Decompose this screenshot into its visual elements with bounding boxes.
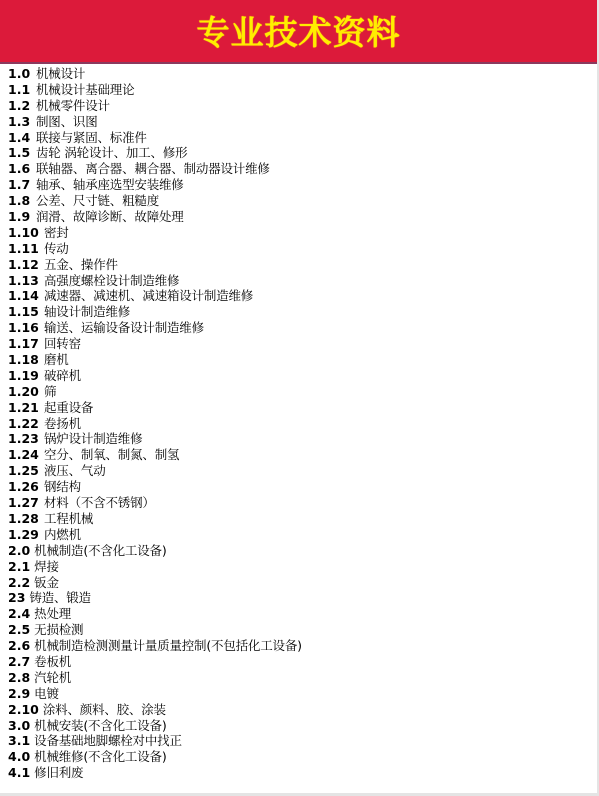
list-item: 1.24空分、制氧、制氮、制氢 [8, 447, 302, 463]
item-number: 1.21 [8, 400, 44, 416]
list-item: 2.9电镀 [8, 686, 302, 702]
item-number: 2.8 [8, 670, 30, 686]
list-item: 2.6机械制造检测测量计量质量控制(不包括化工设备) [8, 638, 302, 654]
list-item: 1.25液压、气动 [8, 463, 302, 479]
item-number: 2.9 [8, 686, 30, 702]
item-label: 制图、识图 [36, 114, 98, 130]
list-item: 1.11传动 [8, 241, 302, 257]
list-item: 3.0机械安装(不含化工设备) [8, 718, 302, 734]
item-label: 电镀 [34, 686, 59, 702]
item-label: 密封 [44, 225, 69, 241]
item-number: 3.1 [8, 733, 30, 749]
item-label: 机械零件设计 [36, 98, 110, 114]
item-label: 轴设计制造维修 [44, 304, 130, 320]
list-item: 1.22卷扬机 [8, 416, 302, 432]
list-item: 1.9润滑、故障诊断、故障处理 [8, 209, 302, 225]
item-label: 钣金 [34, 575, 59, 591]
item-number: 1.9 [8, 209, 36, 225]
list-item: 1.17回转窑 [8, 336, 302, 352]
item-label: 液压、气动 [44, 463, 106, 479]
list-item: 1.4联接与紧固、标准件 [8, 130, 302, 146]
item-number: 1.25 [8, 463, 44, 479]
list-item: 2.1焊接 [8, 559, 302, 575]
item-number: 2.7 [8, 654, 30, 670]
item-number: 1.17 [8, 336, 44, 352]
item-label: 机械维修(不含化工设备) [34, 749, 166, 765]
list-item: 2.5无损检测 [8, 622, 302, 638]
list-item: 1.18磨机 [8, 352, 302, 368]
list-item: 23铸造、锻造 [8, 590, 302, 606]
item-number: 4.1 [8, 765, 30, 781]
banner-title: 专业技术资料 [197, 7, 401, 54]
item-number: 2.2 [8, 575, 30, 591]
item-number: 1.15 [8, 304, 44, 320]
list-item: 2.0机械制造(不含化工设备) [8, 543, 302, 559]
item-label: 设备基础地脚螺栓对中找正 [34, 733, 182, 749]
item-number: 2.10 [8, 702, 39, 718]
item-number: 1.5 [8, 145, 36, 161]
item-number: 1.26 [8, 479, 44, 495]
document-page: 专业技术资料 1.0机械设计 1.1机械设计基础理论 1.2机械零件设计 1.3… [0, 0, 599, 796]
list-item: 1.13高强度螺栓设计制造维修 [8, 273, 302, 289]
item-label: 齿轮 涡轮设计、加工、修形 [36, 145, 187, 161]
item-label: 空分、制氧、制氮、制氢 [44, 447, 179, 463]
list-item: 1.5齿轮 涡轮设计、加工、修形 [8, 145, 302, 161]
item-label: 机械设计基础理论 [36, 82, 134, 98]
list-item: 2.10涂料、颜料、胶、涂装 [8, 702, 302, 718]
item-label: 卷板机 [34, 654, 71, 670]
item-label: 材料（不含不锈钢） [44, 495, 155, 511]
item-number: 1.13 [8, 273, 44, 289]
item-number: 1.14 [8, 288, 44, 304]
item-label: 起重设备 [44, 400, 93, 416]
item-label: 机械设计 [36, 66, 85, 82]
item-label: 五金、操作件 [44, 257, 118, 273]
item-number: 1.20 [8, 384, 44, 400]
item-number: 1.23 [8, 431, 44, 447]
item-label: 传动 [44, 241, 69, 257]
item-number: 2.1 [8, 559, 30, 575]
item-number: 1.7 [8, 177, 36, 193]
item-number: 2.6 [8, 638, 30, 654]
list-item: 3.1设备基础地脚螺栓对中找正 [8, 733, 302, 749]
item-label: 润滑、故障诊断、故障处理 [36, 209, 184, 225]
list-item: 1.10密封 [8, 225, 302, 241]
item-label: 联轴器、离合器、耦合器、制动器设计维修 [36, 161, 270, 177]
item-number: 1.3 [8, 114, 36, 130]
item-number: 4.0 [8, 749, 30, 765]
item-label: 汽轮机 [34, 670, 71, 686]
item-label: 修旧利废 [34, 765, 83, 781]
item-label: 公差、尺寸链、粗糙度 [36, 193, 159, 209]
list-item: 1.27材料（不含不锈钢） [8, 495, 302, 511]
item-label: 机械制造(不含化工设备) [34, 543, 166, 559]
item-label: 铸造、锻造 [29, 590, 91, 606]
item-label: 机械制造检测测量计量质量控制(不包括化工设备) [34, 638, 302, 654]
item-number: 23 [8, 590, 25, 606]
item-label: 减速器、减速机、减速箱设计制造维修 [44, 288, 253, 304]
item-number: 1.19 [8, 368, 44, 384]
list-item: 2.7卷板机 [8, 654, 302, 670]
item-number: 1.1 [8, 82, 36, 98]
list-item: 4.0机械维修(不含化工设备) [8, 749, 302, 765]
item-label: 涂料、颜料、胶、涂装 [43, 702, 166, 718]
list-item: 1.7轴承、轴承座选型安装维修 [8, 177, 302, 193]
list-item: 1.19破碎机 [8, 368, 302, 384]
list-item: 1.16输送、运输设备设计制造维修 [8, 320, 302, 336]
item-number: 2.5 [8, 622, 30, 638]
title-banner: 专业技术资料 [0, 0, 597, 64]
item-label: 输送、运输设备设计制造维修 [44, 320, 204, 336]
list-item: 1.0机械设计 [8, 66, 302, 82]
item-label: 锅炉设计制造维修 [44, 431, 142, 447]
table-of-contents: 1.0机械设计 1.1机械设计基础理论 1.2机械零件设计 1.3制图、识图 1… [8, 66, 302, 781]
item-label: 轴承、轴承座选型安装维修 [36, 177, 184, 193]
list-item: 1.29内燃机 [8, 527, 302, 543]
item-number: 1.8 [8, 193, 36, 209]
item-label: 卷扬机 [44, 416, 81, 432]
list-item: 1.20筛 [8, 384, 302, 400]
item-label: 无损检测 [34, 622, 83, 638]
item-label: 联接与紧固、标准件 [36, 130, 147, 146]
item-number: 1.22 [8, 416, 44, 432]
item-label: 破碎机 [44, 368, 81, 384]
list-item: 1.14减速器、减速机、减速箱设计制造维修 [8, 288, 302, 304]
item-number: 1.28 [8, 511, 44, 527]
item-number: 1.24 [8, 447, 44, 463]
item-number: 1.0 [8, 66, 36, 82]
item-number: 2.0 [8, 543, 30, 559]
item-label: 高强度螺栓设计制造维修 [44, 273, 179, 289]
list-item: 2.2钣金 [8, 575, 302, 591]
list-item: 1.15轴设计制造维修 [8, 304, 302, 320]
item-number: 3.0 [8, 718, 30, 734]
item-number: 1.11 [8, 241, 44, 257]
item-label: 回转窑 [44, 336, 81, 352]
item-number: 1.16 [8, 320, 44, 336]
list-item: 4.1修旧利废 [8, 765, 302, 781]
list-item: 1.1机械设计基础理论 [8, 82, 302, 98]
item-number: 2.4 [8, 606, 30, 622]
item-number: 1.4 [8, 130, 36, 146]
list-item: 1.6联轴器、离合器、耦合器、制动器设计维修 [8, 161, 302, 177]
list-item: 2.4热处理 [8, 606, 302, 622]
list-item: 2.8汽轮机 [8, 670, 302, 686]
list-item: 1.23锅炉设计制造维修 [8, 431, 302, 447]
item-label: 磨机 [44, 352, 69, 368]
item-number: 1.29 [8, 527, 44, 543]
item-number: 1.27 [8, 495, 44, 511]
item-label: 筛 [44, 384, 56, 400]
list-item: 1.21起重设备 [8, 400, 302, 416]
item-label: 钢结构 [44, 479, 81, 495]
item-number: 1.6 [8, 161, 36, 177]
item-number: 1.12 [8, 257, 44, 273]
item-number: 1.2 [8, 98, 36, 114]
list-item: 1.3制图、识图 [8, 114, 302, 130]
item-label: 工程机械 [44, 511, 93, 527]
item-number: 1.10 [8, 225, 44, 241]
item-label: 热处理 [34, 606, 71, 622]
list-item: 1.12五金、操作件 [8, 257, 302, 273]
list-item: 1.26钢结构 [8, 479, 302, 495]
item-number: 1.18 [8, 352, 44, 368]
list-item: 1.2机械零件设计 [8, 98, 302, 114]
item-label: 机械安装(不含化工设备) [34, 718, 166, 734]
list-item: 1.8公差、尺寸链、粗糙度 [8, 193, 302, 209]
list-item: 1.28工程机械 [8, 511, 302, 527]
item-label: 内燃机 [44, 527, 81, 543]
item-label: 焊接 [34, 559, 59, 575]
